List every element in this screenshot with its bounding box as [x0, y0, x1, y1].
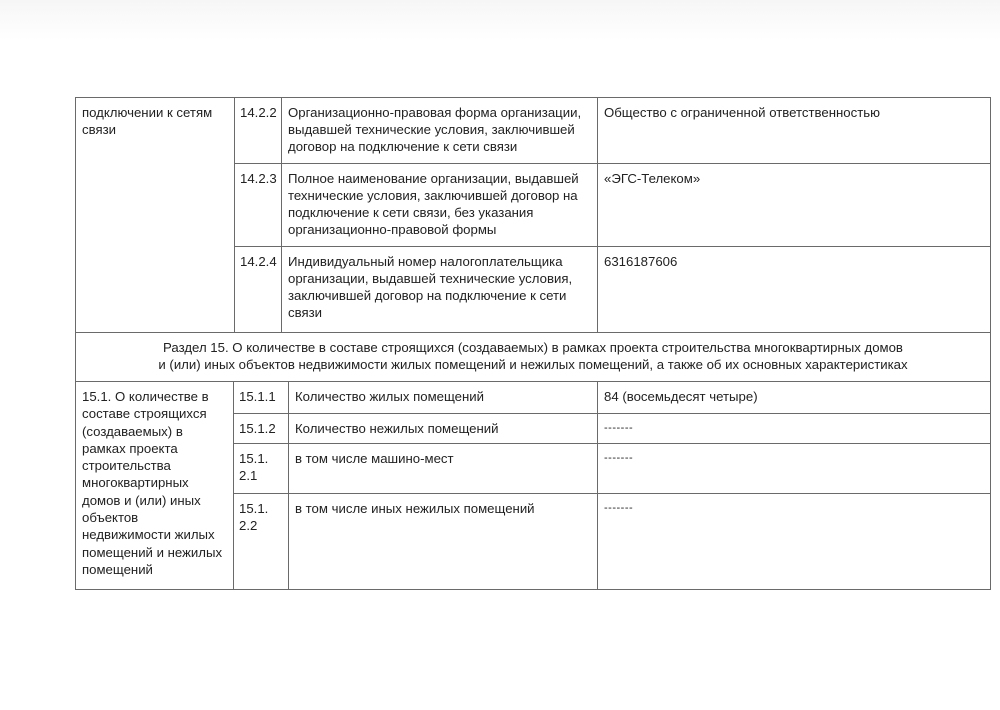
- section-header-row: Раздел 15. О количестве в составе строящ…: [76, 333, 991, 382]
- row-code: 15.1.2.2: [234, 494, 289, 590]
- group-label-cell: подключении к сетям связи: [76, 98, 235, 333]
- row-description: Индивидуальный номер налогоплательщика о…: [282, 247, 598, 333]
- row-code: 15.1.2.1: [234, 444, 289, 494]
- row-code-text: 15.1.2.2: [239, 500, 279, 535]
- section-header-line-2: и (или) иных объектов недвижимости жилых…: [96, 356, 970, 373]
- table-row: подключении к сетям связи 14.2.2 Организ…: [76, 98, 991, 164]
- section-header-line-1: Раздел 15. О количестве в составе строящ…: [96, 339, 970, 356]
- row-code-text: 15.1.2.1: [239, 450, 279, 485]
- section-15-header: Раздел 15. О количестве в составе строящ…: [76, 333, 991, 382]
- section-15-table: 15.1. О количестве в составе строящихся …: [75, 381, 991, 590]
- group-label: подключении к сетям связи: [82, 105, 212, 137]
- row-description: Количество жилых помещений: [289, 382, 598, 414]
- row-description: Полное наименование организации, выдавше…: [282, 164, 598, 247]
- table-row: 15.1. О количестве в составе строящихся …: [76, 382, 991, 414]
- row-code: 14.2.4: [235, 247, 282, 333]
- row-description: Количество нежилых помещений: [289, 414, 598, 444]
- row-code: 15.1.1: [234, 382, 289, 414]
- row-code: 14.2.3: [235, 164, 282, 247]
- row-value: 84 (восемьдесят четыре): [598, 382, 991, 414]
- row-value: -------: [598, 494, 991, 590]
- row-value: «ЭГС-Телеком»: [598, 164, 991, 247]
- row-value: -------: [598, 414, 991, 444]
- row-value: 6316187606: [598, 247, 991, 333]
- row-value: Общество с ограниченной ответственностью: [598, 98, 991, 164]
- row-code: 15.1.2: [234, 414, 289, 444]
- row-description: Организационно-правовая форма организаци…: [282, 98, 598, 164]
- section-14-table: подключении к сетям связи 14.2.2 Организ…: [75, 97, 991, 382]
- row-code: 14.2.2: [235, 98, 282, 164]
- group-label-cell: 15.1. О количестве в составе строящихся …: [76, 382, 234, 590]
- row-value: -------: [598, 444, 991, 494]
- group-label: 15.1. О количестве в составе строящихся …: [82, 389, 222, 577]
- row-description: в том числе иных нежилых помещений: [289, 494, 598, 590]
- row-description: в том числе машино-мест: [289, 444, 598, 494]
